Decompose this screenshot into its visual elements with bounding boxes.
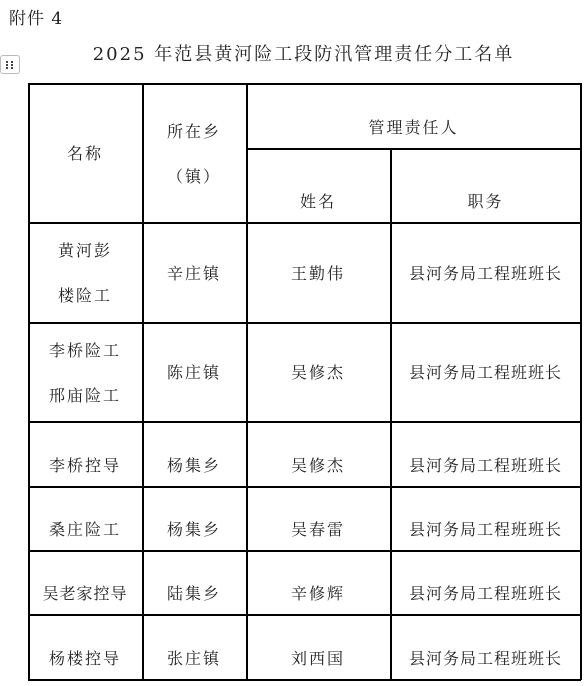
row-township: 辛庄镇 [167,261,221,284]
row-position: 县河务局工程班班长 [409,646,562,669]
row-township: 陆集乡 [167,581,221,604]
header-position-label: 职务 [467,189,503,212]
header-person-name-label: 姓名 [300,189,336,212]
document-title: 2025 年范县黄河险工段防汛管理责任分工名单 [0,40,587,66]
row-name: 桑庄险工 [49,517,121,540]
header-township: 所在乡 （镇） [142,83,246,222]
row-person: 吴修杰 [291,360,345,383]
row-name-line1: 李桥险工 [49,338,121,361]
row-position: 县河务局工程班班长 [409,581,562,604]
row-position: 县河务局工程班班长 [409,517,562,540]
row-name: 杨楼控导 [49,646,121,669]
row-name: 吴老家控导 [42,581,127,604]
responsibility-table: 名称 所在乡 （镇） 管理责任人 姓名 职务 黄河彭 楼险工 辛庄镇 王勤伟 县… [28,83,581,680]
header-position: 职务 [390,148,581,222]
row-person: 辛修辉 [291,581,345,604]
row-position: 县河务局工程班班长 [409,261,562,284]
row-position: 县河务局工程班班长 [409,453,562,476]
header-name-label: 名称 [67,141,103,164]
row-name-line2: 邢庙险工 [49,383,121,406]
header-person-name: 姓名 [246,148,390,222]
header-township-line2: （镇） [167,164,221,187]
row-township: 杨集乡 [167,517,221,540]
row-name-line1: 黄河彭 [58,238,112,261]
attachment-label: 附件 4 [9,4,63,29]
row-person: 王勤伟 [291,261,345,284]
row-township: 张庄镇 [167,646,221,669]
row-position: 县河务局工程班班长 [409,360,562,383]
row-name-line2: 楼险工 [58,283,112,306]
header-responsible-label: 管理责任人 [368,115,458,138]
row-township: 杨集乡 [167,453,221,476]
row-township: 陈庄镇 [167,360,221,383]
header-name: 名称 [28,83,142,222]
row-person: 刘西国 [291,646,345,669]
row-person: 吴春雷 [291,517,345,540]
row-name: 李桥控导 [49,453,121,476]
header-township-line1: 所在乡 [167,119,221,142]
header-responsible: 管理责任人 [246,83,581,148]
row-person: 吴修杰 [291,453,345,476]
